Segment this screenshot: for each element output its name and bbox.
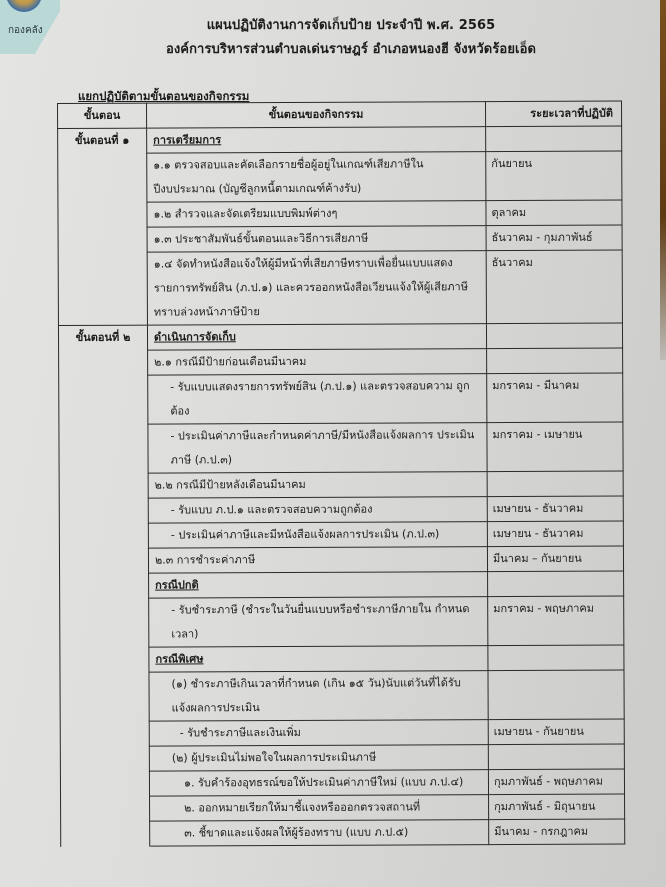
period-cell: มกราคม - พฤษภาคม <box>488 596 624 646</box>
period-cell: ธันวาคม - กุมภาพันธ์ <box>486 225 622 251</box>
activity-cell: ๒. ออกหมายเรียกให้มาชี้แจงหรือออกตรวจสถา… <box>150 795 489 821</box>
period-cell: กุมภาพันธ์ - พฤษภาคม <box>488 769 624 795</box>
activity-cell: ๑.๓ ประชาสัมพันธ์ขั้นตอนและวิธีการเสียภา… <box>147 226 486 252</box>
column-header-activity: ขั้นตอนของกิจกรรม <box>147 102 486 128</box>
period-cell <box>488 744 624 770</box>
period-cell: มีนาคม – กันยายน <box>487 546 623 572</box>
period-cell: มีนาคม - กรกฎาคม <box>489 819 625 845</box>
period-cell <box>487 471 623 497</box>
period-cell <box>486 323 622 349</box>
activity-cell: - ประเมินค่าภาษีและกำหนดค่าภาษี/มีหนังสื… <box>148 423 487 473</box>
activity-group-heading: กรณีพิเศษ <box>149 646 488 672</box>
period-cell: ธันวาคม <box>486 250 622 324</box>
column-header-period: ระยะเวลาที่ปฏิบัติ <box>485 101 621 127</box>
activity-cell: ๒.๓ การชำระค่าภาษี <box>148 547 487 573</box>
period-cell: ตุลาคม <box>486 200 622 226</box>
activity-schedule-table: ขั้นตอน ขั้นตอนของกิจกรรม ระยะเวลาที่ปฏิ… <box>57 101 625 847</box>
activity-cell: ๑.๒ สำรวจและจัดเตรียมแบบพิมพ์ต่างๆ <box>147 201 486 227</box>
activity-cell: ๒.๑ กรณีมีป้ายก่อนเดือนมีนาคม <box>148 349 487 375</box>
activity-cell: ๑. รับคำร้องอุทธรณ์ขอให้ประเมินค่าภาษีให… <box>149 770 488 796</box>
activity-cell: ๑.๔ จัดทำหนังสือแจ้งให้ผู้มีหน้าที่เสียภ… <box>147 251 486 325</box>
step-label: ขั้นตอนที่ ๒ <box>58 325 149 846</box>
period-cell: กันยายน <box>486 151 622 201</box>
step-label: ขั้นตอนที่ ๑ <box>58 128 148 325</box>
period-cell: เมษายน - ธันวาคม <box>487 521 623 547</box>
activity-cell: - รับชำระภาษี (ชำระในวันยื่นแบบหรือชำระภ… <box>149 597 488 647</box>
table-body: ขั้นตอนที่ ๑การเตรียมการ๑.๑ ตรวจสอบและคั… <box>58 126 625 846</box>
document-title: แผนปฏิบัติงานการจัดเก็บป้าย ประจำปี พ.ศ.… <box>0 14 666 35</box>
table-row: ขั้นตอนที่ ๒ดำเนินการจัดเก็บ <box>58 323 622 350</box>
period-cell: มกราคม - มีนาคม <box>487 373 623 423</box>
period-cell <box>487 348 623 374</box>
period-cell <box>488 571 624 597</box>
table-row: ขั้นตอนที่ ๑การเตรียมการ <box>58 126 622 153</box>
activity-cell: ๒.๒ กรณีมีป้ายหลังเดือนมีนาคม <box>148 472 487 498</box>
period-cell: กุมภาพันธ์ - มิถุนายน <box>489 794 625 820</box>
activity-group-heading: กรณีปกติ <box>149 572 488 598</box>
period-cell: เมษายน - กันยายน <box>488 719 624 745</box>
activity-cell: - รับแบบ ภ.ป.๑ และตรวจสอบความถูกต้อง <box>148 497 487 523</box>
activity-cell: - รับชำระภาษีและเงินเพิ่ม <box>149 720 488 746</box>
period-cell: เมษายน - ธันวาคม <box>487 496 623 522</box>
activity-cell: (๒) ผู้ประเมินไม่พอใจในผลการประเมินภาษี <box>149 745 488 771</box>
column-header-step: ขั้นตอน <box>58 103 147 128</box>
activity-cell: ๑.๑ ตรวจสอบและคัดเลือกรายชื่อผู้อยู่ในเก… <box>147 152 486 202</box>
activity-cell: ๓. ชี้ขาดและแจ้งผลให้ผู้ร้องทราบ (แบบ ภ.… <box>150 820 489 846</box>
activity-cell: (๑) ชำระภาษีเกินเวลาที่กำหนด (เกิน ๑๕ วั… <box>149 671 488 721</box>
period-cell <box>488 670 624 720</box>
activity-group-heading: การเตรียมการ <box>147 127 486 153</box>
table-header-row: ขั้นตอน ขั้นตอนของกิจกรรม ระยะเวลาที่ปฏิ… <box>58 101 622 128</box>
activity-cell: - ประเมินค่าภาษีและมีหนังสือแจ้งผลการประ… <box>148 522 487 548</box>
period-cell <box>488 645 624 671</box>
period-cell: มกราคม - เมษายน <box>487 422 623 472</box>
activity-cell: - รับแบบแสดงรายการทรัพย์สิน (ภ.ป.๑) และต… <box>148 374 487 424</box>
period-cell <box>486 126 622 152</box>
seal-emblem-icon <box>6 0 42 12</box>
activity-group-heading: ดำเนินการจัดเก็บ <box>147 324 486 350</box>
document-subtitle: องค์การบริหารส่วนตำบลเด่นราษฎร์ อำเภอหนอ… <box>0 38 666 59</box>
